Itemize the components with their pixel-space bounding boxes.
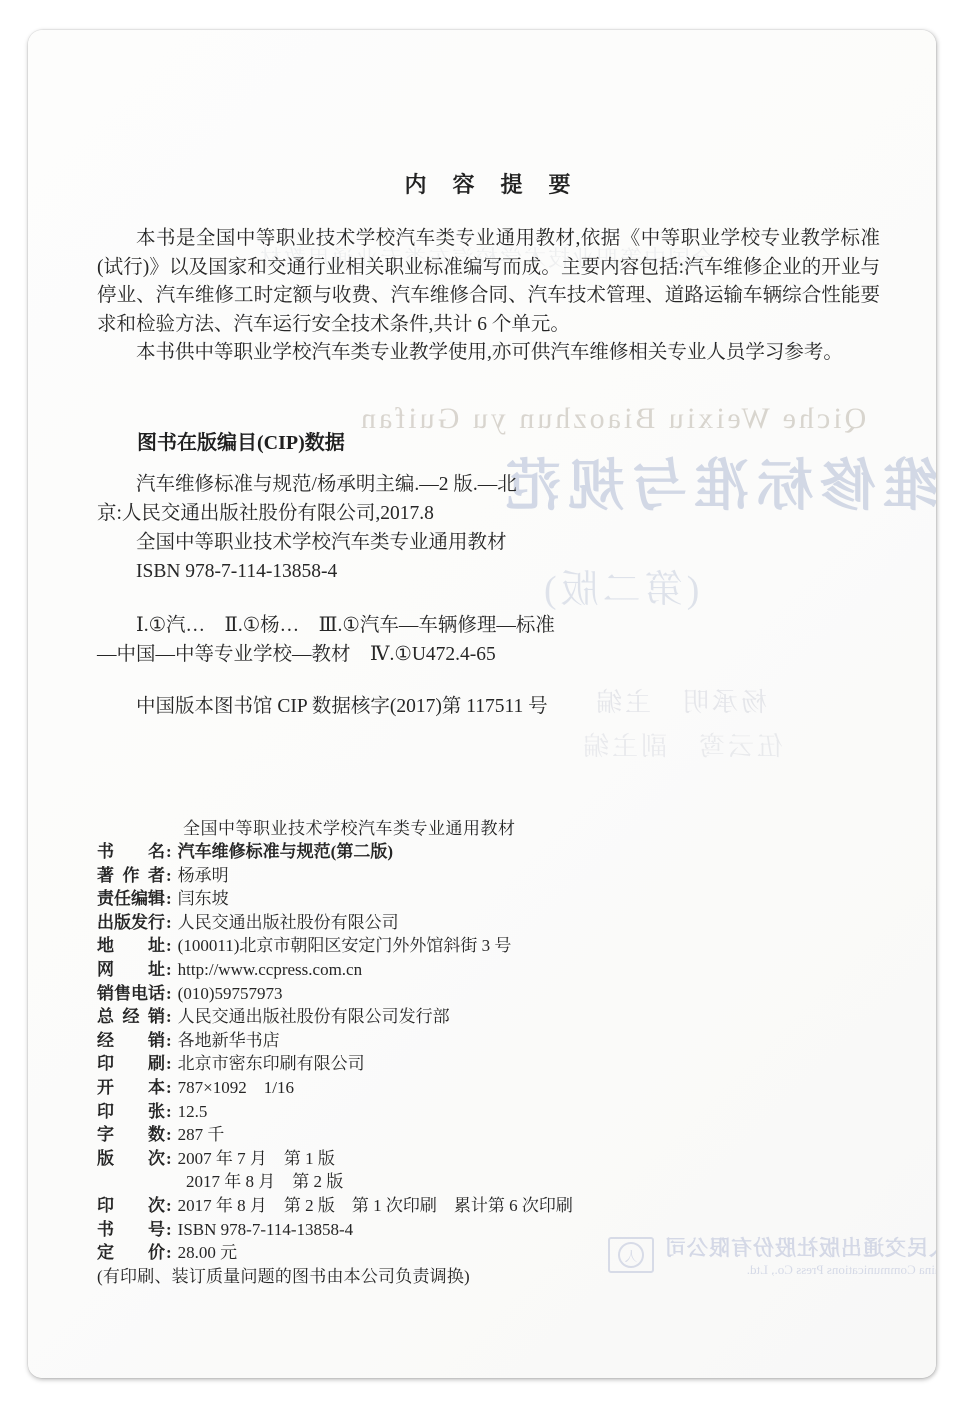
row-value: http://www.ccpress.com.cn (178, 960, 362, 979)
colophon-row-word-count: 字数:287 千 (97, 1123, 880, 1147)
summary-paragraph-2: 本书供中等职业学校汽车类专业教学使用,亦可供汽车维修相关专业人员学习参考。 (97, 339, 880, 368)
series-title: 全国中等职业技术学校汽车类专业通用教材 (97, 817, 880, 841)
row-value: 汽车维修标准与规范(第二版) (178, 842, 393, 861)
colophon-row-distributor: 经销:各地新华书店 (97, 1029, 880, 1053)
row-value: 各地新华书店 (178, 1031, 280, 1050)
row-label: 销售电话 (97, 982, 165, 1006)
colophon-row-book-title: 书名:汽车维修标准与规范(第二版) (97, 840, 880, 864)
row-label: 书号 (97, 1218, 165, 1242)
row-label: 字数 (97, 1123, 165, 1147)
cip-line: ISBN 978-7-114-13858-4 (97, 557, 880, 586)
row-label: 出版发行 (97, 911, 165, 935)
row-label: 经销 (97, 1029, 165, 1053)
row-value: 北京市密东印刷有限公司 (178, 1054, 365, 1073)
cip-line: 京:人民交通出版社股份有限公司,2017.8 (97, 499, 880, 528)
colophon-row-printer: 印刷:北京市密东印刷有限公司 (97, 1052, 880, 1076)
row-label: 版次 (97, 1147, 165, 1171)
colophon-row-impression: 印次:2017 年 8 月 第 2 版 第 1 次印刷 累计第 6 次印刷 (97, 1194, 880, 1218)
cip-registry-number: 中国版本图书馆 CIP 数据核字(2017)第 117511 号 (97, 690, 880, 718)
page-content: 内 容 提 要 本书是全国中等职业技术学校汽车类专业通用教材,依据《中等职业学校… (97, 30, 880, 1288)
row-label: 著作者 (97, 864, 165, 888)
summary-paragraph-1: 本书是全国中等职业技术学校汽车类专业通用教材,依据《中等职业学校专业教学标准(试… (97, 225, 880, 339)
row-label: 责任编辑 (97, 887, 165, 911)
row-label: 地址 (97, 934, 165, 958)
row-value: 2017 年 8 月 第 2 版 第 1 次印刷 累计第 6 次印刷 (178, 1196, 573, 1215)
colophon-row-editor: 责任编辑:闫东坡 (97, 887, 880, 911)
cip-classification: Ⅰ.①汽… Ⅱ.①杨… Ⅲ.①汽车—车辆修理—标准 —中国—中等专业学校—教材 … (97, 611, 880, 669)
colophon-row-isbn: 书号:ISBN 978-7-114-13858-4 (97, 1218, 880, 1242)
row-label: 网址 (97, 958, 165, 982)
quality-notice: (有印刷、装订质量问题的图书由本公司负责调换) (97, 1265, 880, 1289)
row-value: 人民交通出版社股份有限公司 (178, 913, 399, 932)
colophon-row-website: 网址:http://www.ccpress.com.cn (97, 958, 880, 982)
row-label: 印刷 (97, 1052, 165, 1076)
colophon-row-address: 地址:(100011)北京市朝阳区安定门外外馆斜街 3 号 (97, 934, 880, 958)
row-value: (010)59757973 (178, 984, 283, 1003)
row-value: 287 千 (178, 1125, 225, 1144)
copyright-page: 全国中等职业技术学校汽车类专业通用教材 Qiche Weixiu Biaozhu… (28, 30, 936, 1378)
row-value: (100011)北京市朝阳区安定门外外馆斜街 3 号 (178, 936, 512, 955)
colophon-row-sheets: 印张:12.5 (97, 1100, 880, 1124)
colophon-row-format: 开本:787×1092 1/16 (97, 1076, 880, 1100)
row-value: 28.00 元 (178, 1243, 238, 1262)
cip-line: 全国中等职业技术学校汽车类专业通用教材 (97, 528, 880, 557)
colophon-row-publisher: 出版发行:人民交通出版社股份有限公司 (97, 911, 880, 935)
colophon-row-author: 著作者:杨承明 (97, 864, 880, 888)
row-label: 印张 (97, 1100, 165, 1124)
row-value: 12.5 (178, 1102, 208, 1121)
colophon-row-price: 定价:28.00 元 (97, 1241, 880, 1265)
row-label: 总经销 (97, 1005, 165, 1029)
colophon-row-general-distributor: 总经销:人民交通出版社股份有限公司发行部 (97, 1005, 880, 1029)
cip-classification-line: Ⅰ.①汽… Ⅱ.①杨… Ⅲ.①汽车—车辆修理—标准 (97, 611, 880, 640)
row-value: ISBN 978-7-114-13858-4 (178, 1220, 354, 1239)
row-value: 杨承明 (178, 866, 229, 885)
content-summary-title: 内 容 提 要 (97, 168, 880, 199)
row-label: 印次 (97, 1194, 165, 1218)
row-value: 闫东坡 (178, 889, 229, 908)
colophon-row-sales-phone: 销售电话:(010)59757973 (97, 982, 880, 1006)
row-label: 书名 (97, 840, 165, 864)
row-value: 787×1092 1/16 (178, 1078, 294, 1097)
row-label: 开本 (97, 1076, 165, 1100)
cip-heading: 图书在版编目(CIP)数据 (97, 426, 880, 455)
cip-line: 汽车维修标准与规范/杨承明主编.—2 版.—北 (97, 470, 880, 499)
colophon-row-edition: 版次:2007 年 7 月 第 1 版 (97, 1147, 880, 1171)
cip-classification-line: —中国—中等专业学校—教材 Ⅳ.①U472.4-65 (97, 640, 880, 669)
colophon-row-edition-continuation: 2017 年 8 月 第 2 版 (97, 1170, 880, 1194)
row-value: 人民交通出版社股份有限公司发行部 (178, 1007, 450, 1026)
cip-record: 汽车维修标准与规范/杨承明主编.—2 版.—北 京:人民交通出版社股份有限公司,… (97, 470, 880, 586)
row-value: 2007 年 7 月 第 1 版 (178, 1149, 335, 1168)
colophon-block: 全国中等职业技术学校汽车类专业通用教材 书名:汽车维修标准与规范(第二版) 著作… (97, 817, 880, 1289)
row-label: 定价 (97, 1241, 165, 1265)
